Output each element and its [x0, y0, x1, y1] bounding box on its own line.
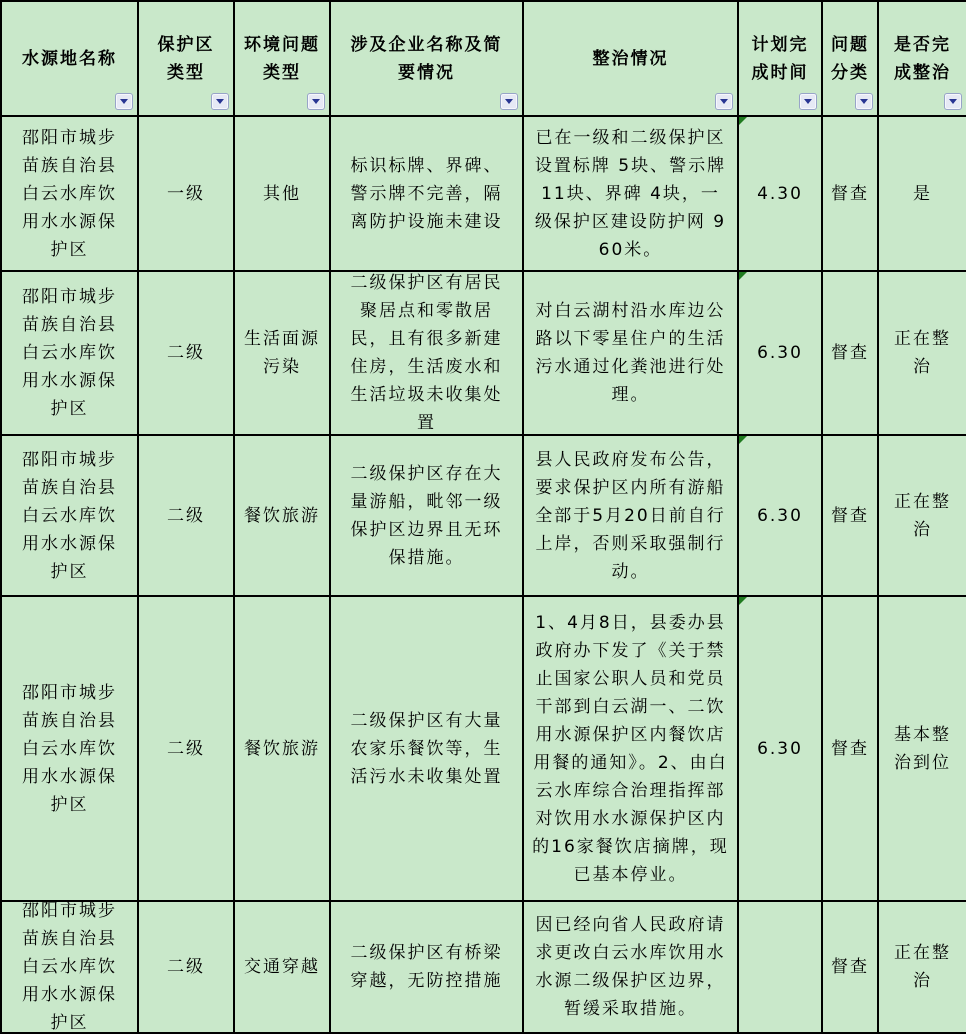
filter-dropdown-button[interactable]	[500, 93, 518, 110]
error-indicator-triangle	[739, 436, 747, 444]
cell-issue-type: 餐饮旅游	[235, 436, 331, 597]
filter-dropdown-button[interactable]	[799, 93, 817, 110]
cell-source-name: 邵阳市城步苗族自治县白云水库饮用水水源保护区	[2, 902, 139, 1034]
spreadsheet-table: 水源地名称 保护区类型 环境问题类型 涉及企业名称及简要情况 整治情况 计划完成…	[0, 0, 966, 1034]
cell-enterprise: 二级保护区有大量农家乐餐饮等，生活污水未收集处置	[331, 597, 524, 902]
cell-deadline: 6.30	[739, 597, 823, 902]
column-header-label: 是否完成整治	[891, 31, 954, 87]
cell-deadline-value: 6.30	[757, 502, 803, 530]
column-header-category: 问题分类	[823, 2, 879, 117]
cell-source-name: 邵阳市城步苗族自治县白云水库饮用水水源保护区	[2, 117, 139, 272]
column-header-completion-status: 是否完成整治	[879, 2, 966, 117]
column-header-rectification: 整治情况	[524, 2, 739, 117]
cell-zone-type: 二级	[139, 272, 235, 436]
cell-deadline-value: 6.30	[757, 339, 803, 367]
column-header-label: 整治情况	[593, 45, 669, 73]
column-header-label: 环境问题类型	[241, 31, 323, 87]
filter-dropdown-button[interactable]	[211, 93, 229, 110]
chevron-down-icon	[120, 99, 128, 104]
cell-issue-type: 交通穿越	[235, 902, 331, 1034]
cell-category: 督查	[823, 117, 879, 272]
cell-category: 督查	[823, 597, 879, 902]
column-header-zone-type: 保护区类型	[139, 2, 235, 117]
cell-category: 督查	[823, 902, 879, 1034]
chevron-down-icon	[505, 99, 513, 104]
cell-completion-status: 正在整治	[879, 272, 966, 436]
cell-deadline	[739, 902, 823, 1034]
cell-deadline: 4.30	[739, 117, 823, 272]
error-indicator-triangle	[739, 272, 747, 280]
cell-issue-type: 其他	[235, 117, 331, 272]
cell-completion-status: 基本整治到位	[879, 597, 966, 902]
cell-rectification: 对白云湖村沿水库边公路以下零星住户的生活污水通过化粪池进行处理。	[524, 272, 739, 436]
cell-rectification: 1、4月8日，县委办县政府办下发了《关于禁止国家公职人员和党员干部到白云湖一、二…	[524, 597, 739, 902]
cell-completion-status: 是	[879, 117, 966, 272]
column-header-deadline: 计划完成时间	[739, 2, 823, 117]
chevron-down-icon	[216, 99, 224, 104]
cell-zone-type: 二级	[139, 902, 235, 1034]
chevron-down-icon	[312, 99, 320, 104]
cell-rectification: 已在一级和二级保护区设置标牌 5块、警示牌 11块、界碑 4块，一级保护区建设防…	[524, 117, 739, 272]
cell-category: 督查	[823, 272, 879, 436]
cell-rectification: 县人民政府发布公告，要求保护区内所有游船全部于5月20日前自行上岸，否则采取强制…	[524, 436, 739, 597]
cell-deadline-value: 6.30	[757, 735, 803, 763]
error-indicator-triangle	[739, 117, 747, 125]
filter-dropdown-button[interactable]	[855, 93, 873, 110]
table-grid: 水源地名称 保护区类型 环境问题类型 涉及企业名称及简要情况 整治情况 计划完成…	[0, 0, 966, 1034]
filter-dropdown-button[interactable]	[115, 93, 133, 110]
cell-issue-type: 餐饮旅游	[235, 597, 331, 902]
chevron-down-icon	[860, 99, 868, 104]
column-header-enterprise: 涉及企业名称及简要情况	[331, 2, 524, 117]
cell-source-name: 邵阳市城步苗族自治县白云水库饮用水水源保护区	[2, 272, 139, 436]
cell-issue-type: 生活面源污染	[235, 272, 331, 436]
cell-enterprise: 标识标牌、界碑、警示牌不完善，隔离防护设施未建设	[331, 117, 524, 272]
cell-source-name: 邵阳市城步苗族自治县白云水库饮用水水源保护区	[2, 436, 139, 597]
cell-rectification: 因已经向省人民政府请求更改白云水库饮用水水源二级保护区边界，暂缓采取措施。	[524, 902, 739, 1034]
cell-enterprise: 二级保护区有居民聚居点和零散居民，且有很多新建住房，生活废水和生活垃圾未收集处置	[331, 272, 524, 436]
cell-deadline: 6.30	[739, 436, 823, 597]
error-indicator-triangle	[739, 597, 747, 605]
column-header-label: 问题分类	[827, 31, 873, 87]
cell-completion-status: 正在整治	[879, 902, 966, 1034]
cell-zone-type: 二级	[139, 597, 235, 902]
cell-category: 督查	[823, 436, 879, 597]
chevron-down-icon	[720, 99, 728, 104]
cell-source-name: 邵阳市城步苗族自治县白云水库饮用水水源保护区	[2, 597, 139, 902]
cell-zone-type: 一级	[139, 117, 235, 272]
chevron-down-icon	[949, 99, 957, 104]
column-header-source-name: 水源地名称	[2, 2, 139, 117]
cell-deadline: 6.30	[739, 272, 823, 436]
cell-deadline-value: 4.30	[757, 180, 803, 208]
cell-zone-type: 二级	[139, 436, 235, 597]
cell-enterprise: 二级保护区有桥梁穿越，无防控措施	[331, 902, 524, 1034]
filter-dropdown-button[interactable]	[307, 93, 325, 110]
filter-dropdown-button[interactable]	[715, 93, 733, 110]
chevron-down-icon	[804, 99, 812, 104]
column-header-label: 保护区类型	[151, 31, 221, 87]
filter-dropdown-button[interactable]	[944, 93, 962, 110]
column-header-label: 计划完成时间	[748, 31, 812, 87]
column-header-issue-type: 环境问题类型	[235, 2, 331, 117]
column-header-label: 水源地名称	[22, 45, 117, 73]
cell-enterprise: 二级保护区存在大量游船，毗邻一级保护区边界且无环保措施。	[331, 436, 524, 597]
cell-completion-status: 正在整治	[879, 436, 966, 597]
column-header-label: 涉及企业名称及简要情况	[343, 31, 510, 87]
